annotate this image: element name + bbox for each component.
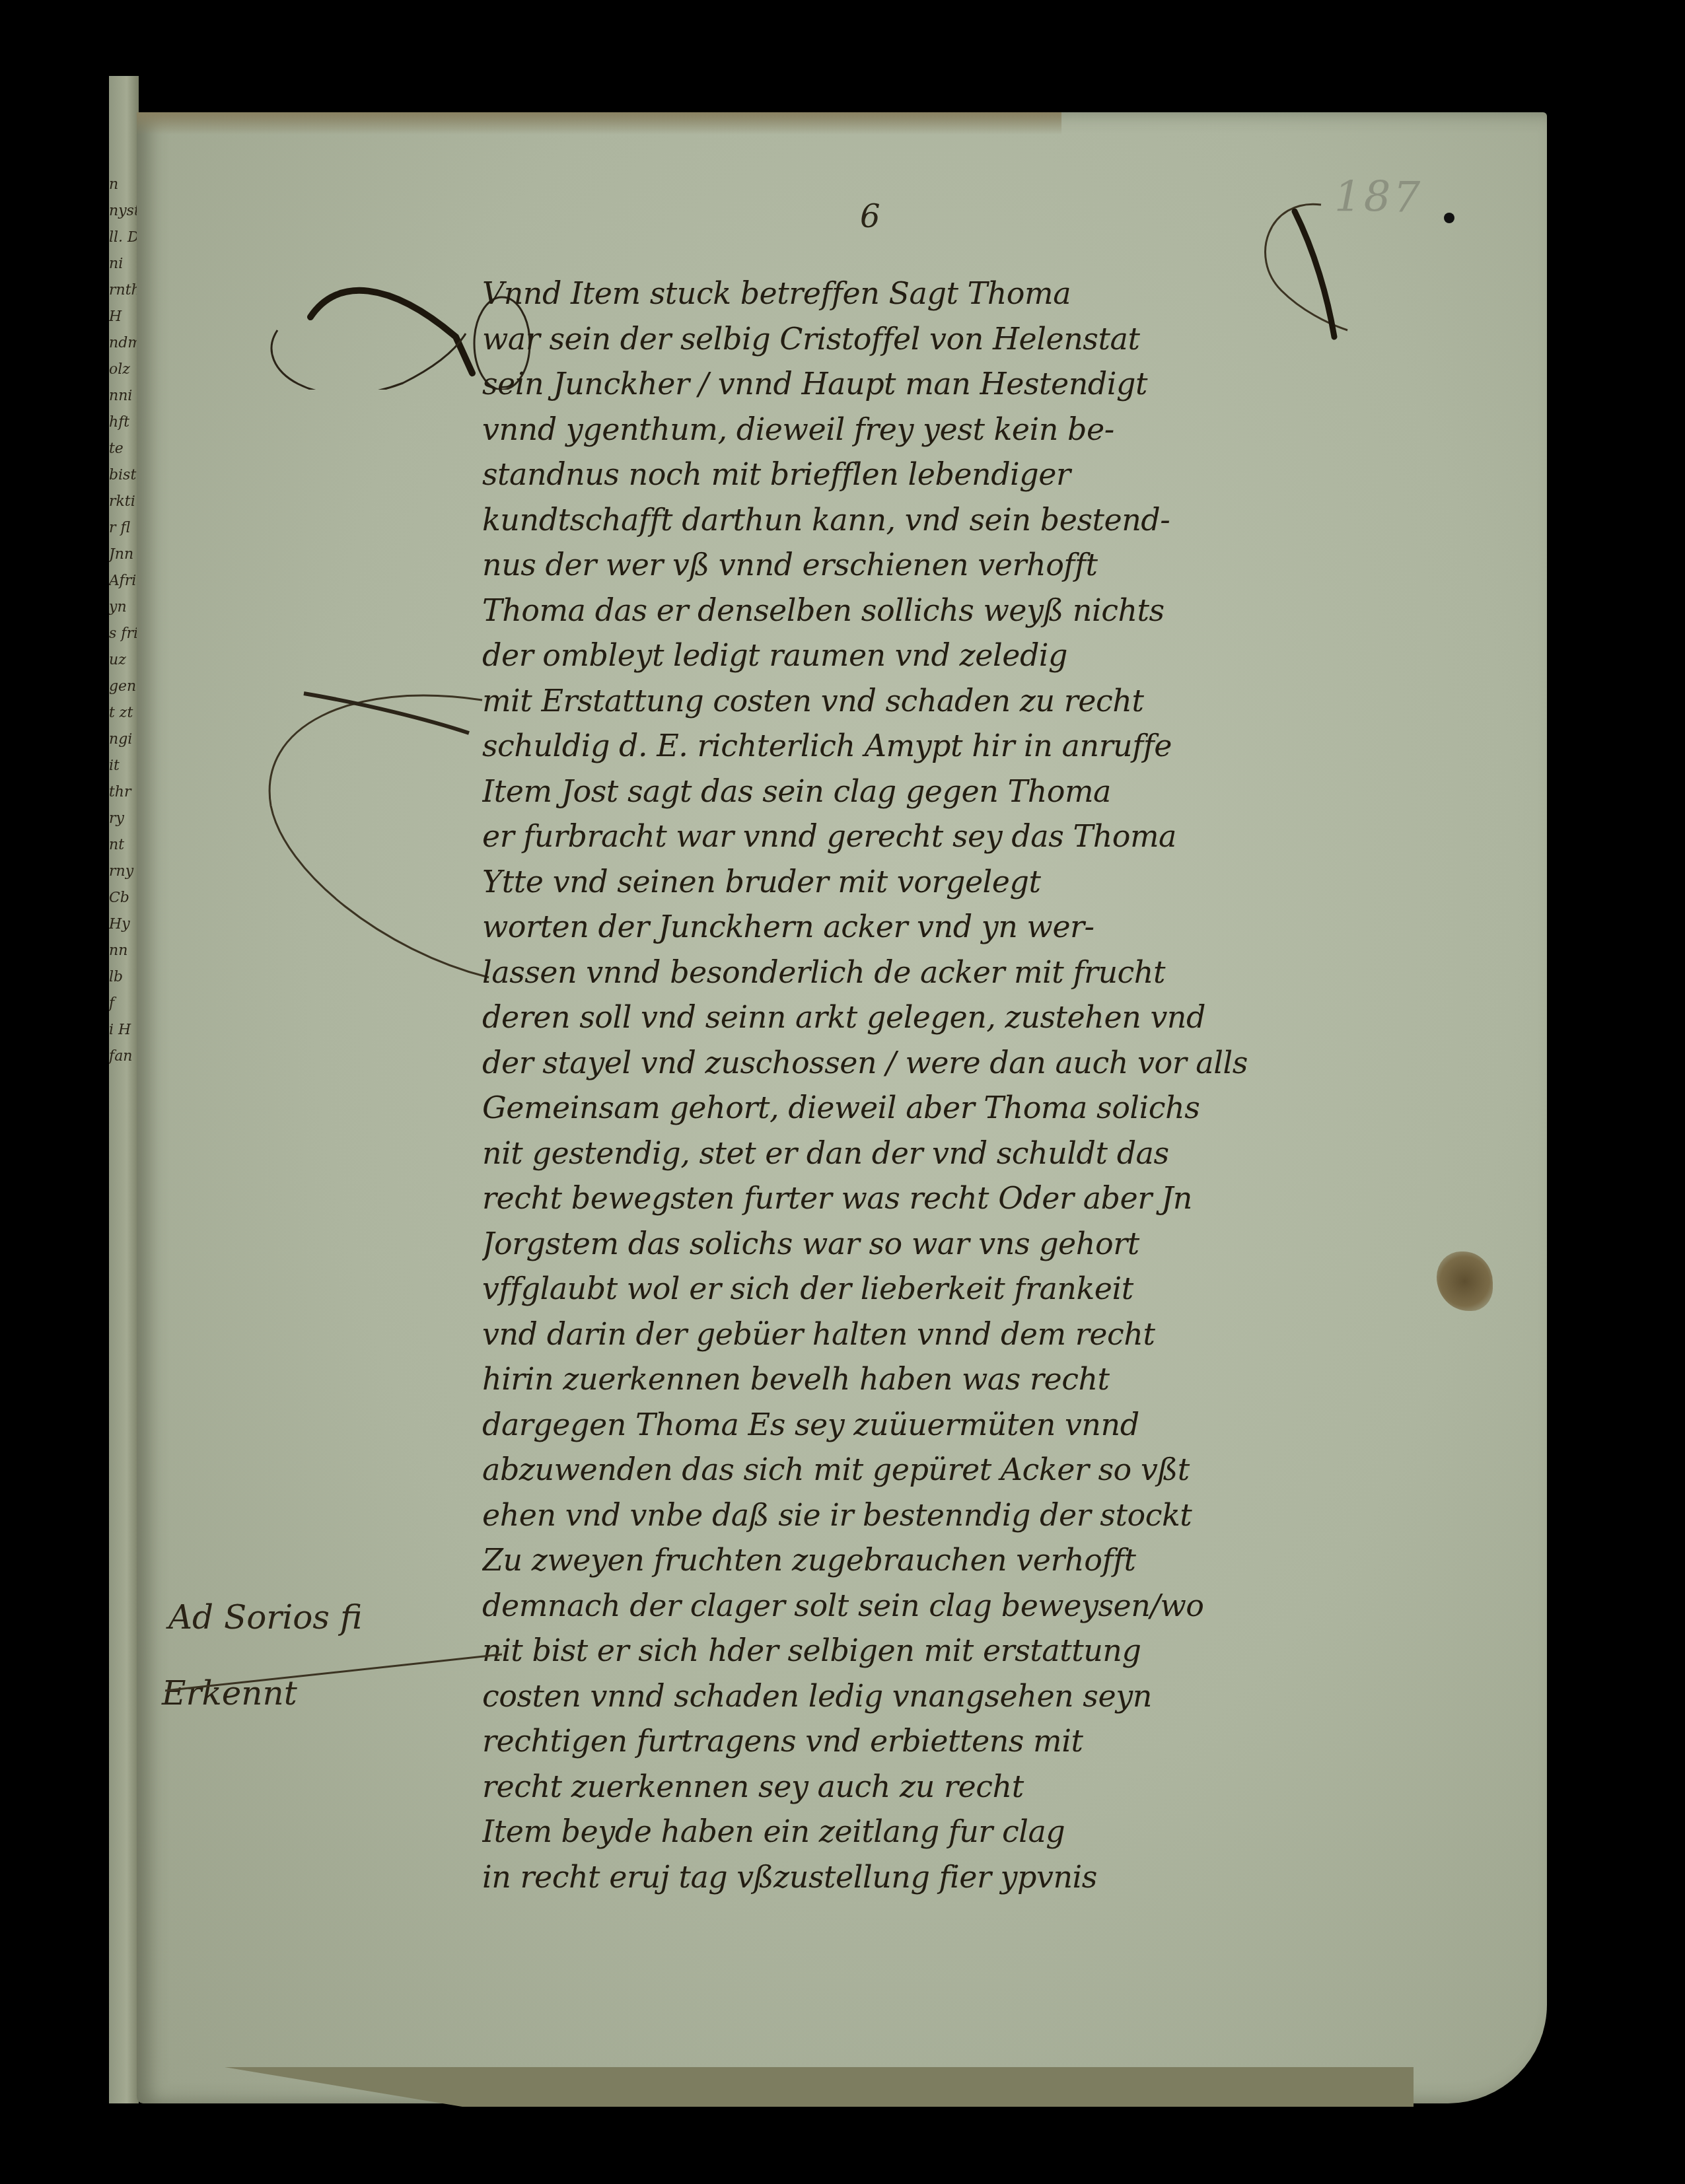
binding-hole-icon: [1444, 213, 1454, 223]
previous-leaf-fragment: ngi: [109, 726, 139, 753]
text-line: sein Junckher / vnnd Haupt man Hestendig…: [482, 361, 1480, 407]
text-line: vnd darin der gebüer halten vnnd dem rec…: [482, 1312, 1480, 1357]
margin-note-ad-sorios: Ad Sorios fi: [168, 1598, 362, 1637]
text-line: Ytte vnd seinen bruder mit vorgelegt: [482, 859, 1480, 905]
previous-leaf-fragment: lb: [109, 964, 139, 991]
text-line: costen vnnd schaden ledig vnangsehen sey…: [482, 1673, 1480, 1719]
text-line: lassen vnnd besonderlich de acker mit fr…: [482, 950, 1480, 995]
previous-leaf-fragment: n: [109, 172, 139, 198]
previous-leaf-fragment: te: [109, 436, 139, 462]
text-line: Item beyde haben ein zeitlang fur clag: [482, 1809, 1480, 1854]
previous-leaf-fragment: gen: [109, 674, 139, 700]
quire-mark: 6: [860, 198, 880, 235]
text-line: demnach der clager solt sein clag beweys…: [482, 1583, 1480, 1629]
previous-leaf-fragment: s fri: [109, 621, 139, 647]
previous-leaf-text: nnystll. DnirnthHndmolznnihfttebistrktir…: [109, 172, 139, 1070]
text-line: nus der wer vß vnnd erschienen verhofft: [482, 542, 1480, 588]
previous-leaf-fragment: uz: [109, 647, 139, 674]
text-line: dargegen Thoma Es sey zuüuermüten vnnd: [482, 1402, 1480, 1448]
previous-leaf-fragment: yn: [109, 594, 139, 621]
previous-leaf-fragment: Jnn: [109, 542, 139, 568]
previous-leaf-fragment: hft: [109, 409, 139, 436]
previous-leaf-fragment: thr: [109, 779, 139, 806]
previous-leaf-fragment: nt: [109, 832, 139, 859]
text-line: nit gestendig, stet er dan der vnd schul…: [482, 1131, 1480, 1176]
text-line: Zu zweyen fruchten zugebrauchen verhofft: [482, 1537, 1480, 1583]
previous-leaf-fragment: nn: [109, 938, 139, 964]
previous-leaf-fragment: ll. D: [109, 225, 139, 251]
previous-leaf-fragment: fan: [109, 1043, 139, 1070]
previous-leaf-fragment: it: [109, 753, 139, 779]
top-edge-stain: [137, 112, 1061, 135]
text-line: er furbracht war vnnd gerecht sey das Th…: [482, 814, 1480, 859]
text-line: der stayel vnd zuschossen / were dan auc…: [482, 1040, 1480, 1086]
text-line: in recht eruj tag vßzustellung fier ypvn…: [482, 1854, 1480, 1900]
previous-leaf-fragment: ni: [109, 251, 139, 277]
previous-leaf-fragment: rkti: [109, 489, 139, 515]
text-line: Thoma das er denselben sollichs weyß nic…: [482, 588, 1480, 633]
text-line: hirin zuerkennen bevelh haben was recht: [482, 1356, 1480, 1402]
text-line: schuldig d. E. richterlich Amypt hir in …: [482, 723, 1480, 769]
previous-leaf-fragment: olz: [109, 357, 139, 383]
text-line: ehen vnd vnbe daß sie ir bestenndig der …: [482, 1493, 1480, 1538]
text-line: nit bist er sich hder selbigen mit ersta…: [482, 1628, 1480, 1673]
previous-leaf-fragment: rny: [109, 859, 139, 885]
previous-leaf-fragment: r fl: [109, 515, 139, 542]
previous-leaf-fragment: H: [109, 304, 139, 330]
margin-note-erkennt: Erkennt: [162, 1674, 297, 1712]
text-line: abzuwenden das sich mit gepüret Acker so…: [482, 1447, 1480, 1493]
text-line: deren soll vnd seinn arkt gelegen, zuste…: [482, 995, 1480, 1040]
text-line: der ombleyt ledigt raumen vnd zeledig: [482, 633, 1480, 678]
text-line: mit Erstattung costen vnd schaden zu rec…: [482, 678, 1480, 724]
previous-leaf-fragment: nni: [109, 383, 139, 409]
text-line: Gemeinsam gehort, dieweil aber Thoma sol…: [482, 1085, 1480, 1131]
previous-leaf-fragment: Cb: [109, 885, 139, 911]
main-text-block: Vnnd Item stuck betreffen Sagt Thoma war…: [482, 271, 1480, 1899]
text-line: Jorgstem das solichs war so war vns geho…: [482, 1221, 1480, 1267]
previous-leaf-fragment: i H: [109, 1017, 139, 1043]
previous-leaf-fragment: ry: [109, 806, 139, 832]
text-line: rechtigen furtragens vnd erbiettens mit: [482, 1718, 1480, 1764]
text-line: kundtschafft darthun kann, vnd sein best…: [482, 497, 1480, 543]
previous-leaf-fragment: nyst: [109, 198, 139, 225]
text-line: worten der Junckhern acker vnd yn wer-: [482, 904, 1480, 950]
previous-leaf-fragment: ndm: [109, 330, 139, 357]
text-line: recht zuerkennen sey auch zu recht: [482, 1764, 1480, 1810]
previous-leaf-fragment: Afri: [109, 568, 139, 594]
previous-leaf-fragment: Hy: [109, 911, 139, 938]
text-line: war sein der selbig Cristoffel von Helen…: [482, 316, 1480, 362]
text-line: vffglaubt wol er sich der lieberkeit fra…: [482, 1266, 1480, 1312]
previous-leaf-fragment: f: [109, 991, 139, 1017]
text-line: standnus noch mit briefflen lebendiger: [482, 452, 1480, 497]
text-line: Vnnd Item stuck betreffen Sagt Thoma: [482, 271, 1480, 316]
text-line: vnnd ygenthum, dieweil frey yest kein be…: [482, 407, 1480, 452]
folio-number: 187: [1334, 173, 1423, 222]
text-line: Item Jost sagt das sein clag gegen Thoma: [482, 769, 1480, 814]
previous-leaf-fragment: bist: [109, 462, 139, 489]
previous-leaf-fragment: rnth: [109, 277, 139, 304]
previous-leaf-fragment: t zt: [109, 700, 139, 726]
text-line: recht bewegsten furter was recht Oder ab…: [482, 1176, 1480, 1221]
